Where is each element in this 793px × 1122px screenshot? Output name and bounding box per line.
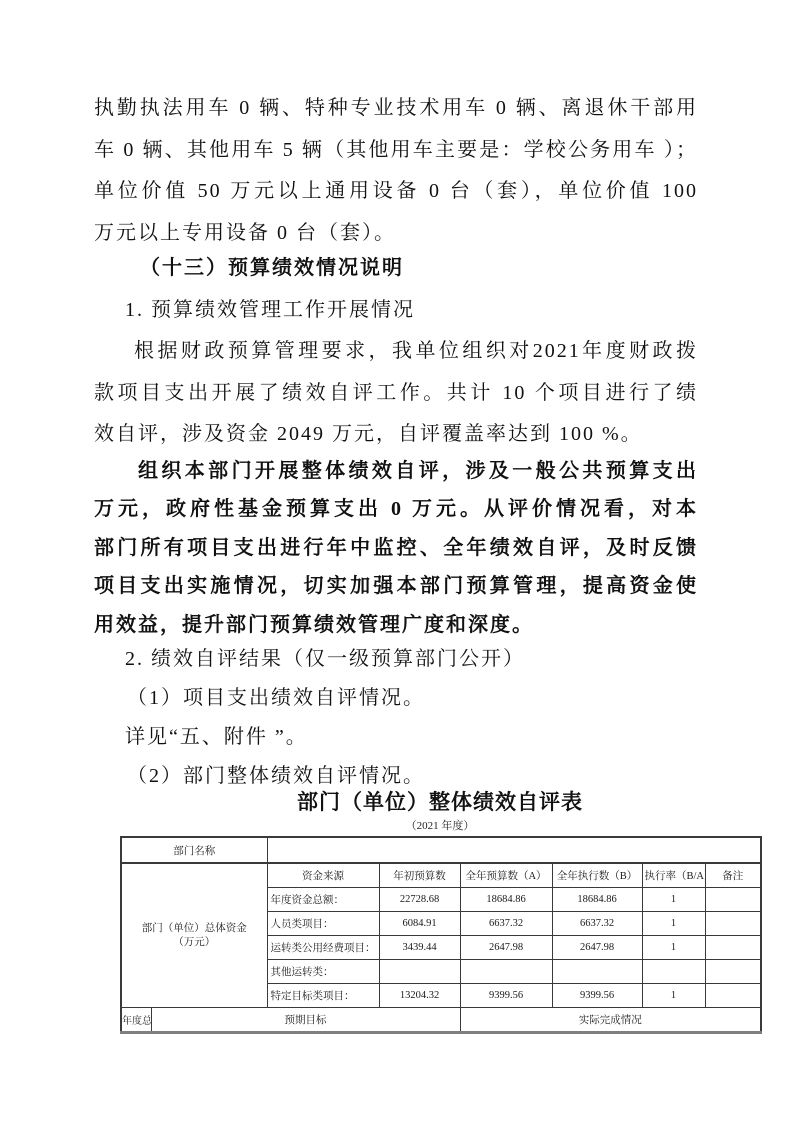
initial-budget-cell: 13204.32 <box>379 984 460 1008</box>
text-line: 组织本部门开展整体绩效自评，涉及一般公共预算支出 <box>94 452 698 490</box>
total-funds-unit-line: （万元） <box>124 936 265 950</box>
note-cell <box>705 888 761 912</box>
annual-executed-cell: 18684.86 <box>552 888 642 912</box>
annual-executed-cell <box>552 960 642 984</box>
table-footer-row: 年度总 预期目标 实际完成情况 <box>121 1008 761 1033</box>
note-cell <box>705 984 761 1008</box>
actual-completion-cell: 实际完成情况 <box>460 1008 761 1033</box>
execution-rate-cell: 1 <box>642 984 705 1008</box>
initial-budget-cell: 6084.91 <box>379 912 460 936</box>
initial-budget-cell: 22728.68 <box>379 888 460 912</box>
dept-name-value-cell <box>267 837 761 863</box>
text-line: 用效益，提升部门预算绩效管理广度和深度。 <box>94 606 698 644</box>
annual-budget-cell: 18684.86 <box>460 888 552 912</box>
paragraph-vehicles: 执勤执法用车 0 辆、特种专业技术用车 0 辆、离退休干部用 车 0 辆、其他用… <box>94 88 698 254</box>
row-label-cell: 年度资金总额： <box>267 888 379 912</box>
total-funds-label-line: 部门（单位）总体资金 <box>124 922 265 936</box>
dept-name-label-cell: 部门名称 <box>121 837 267 863</box>
annual-executed-cell: 9399.56 <box>552 984 642 1008</box>
text-line: 万元，政府性基金预算支出 0 万元。从评价情况看，对本 <box>94 490 698 528</box>
row-label-cell: 其他运转类： <box>267 960 379 984</box>
text-line: 项目支出实施情况，切实加强本部门预算管理，提高资金使 <box>94 567 698 605</box>
text-line: 部门所有项目支出进行年中监控、全年绩效自评，及时反馈 <box>94 529 698 567</box>
table-title: 部门（单位）整体绩效自评表 <box>120 790 760 816</box>
text-line: 单位价值 50 万元以上通用设备 0 台（套），单位价值 100 <box>94 171 698 213</box>
header-annual-executed: 全年执行数（B） <box>552 863 642 888</box>
section-heading: （十三）预算绩效情况说明 <box>94 248 698 290</box>
note-cell <box>705 912 761 936</box>
execution-rate-cell <box>642 960 705 984</box>
header-note: 备注 <box>705 863 761 888</box>
note-cell <box>705 960 761 984</box>
table-row: 部门名称 <box>121 837 761 863</box>
annual-total-cell: 年度总 <box>121 1008 151 1033</box>
text-line: 根据财政预算管理要求，我单位组织对2021年度财政拨 <box>94 331 698 373</box>
annual-budget-cell: 6637.32 <box>460 912 552 936</box>
execution-rate-cell: 1 <box>642 936 705 960</box>
annual-budget-cell <box>460 960 552 984</box>
document-page: 执勤执法用车 0 辆、特种专业技术用车 0 辆、离退休干部用 车 0 辆、其他用… <box>0 0 793 1122</box>
text-line: 车 0 辆、其他用车 5 辆（其他用车主要是：学校公务用车 ）； <box>94 130 698 172</box>
row-label-cell: 特定目标类项目： <box>267 984 379 1008</box>
initial-budget-cell: 3439.44 <box>379 936 460 960</box>
row-label-cell: 人员类项目： <box>267 912 379 936</box>
annual-budget-cell: 2647.98 <box>460 936 552 960</box>
annual-budget-cell: 9399.56 <box>460 984 552 1008</box>
header-execution-rate: 执行率（B/A） <box>642 863 705 888</box>
annual-executed-cell: 2647.98 <box>552 936 642 960</box>
header-fund-source: 资金来源 <box>267 863 379 888</box>
table-subtitle: （2021 年度） <box>120 819 760 833</box>
paragraph-overall-selfeval: 组织本部门开展整体绩效自评，涉及一般公共预算支出 万元，政府性基金预算支出 0 … <box>94 452 698 644</box>
header-initial-budget: 年初预算数 <box>379 863 460 888</box>
text-line: 效自评，涉及资金 2049 万元，自评覆盖率达到 100 %。 <box>94 414 698 456</box>
total-funds-merged-cell: 部门（单位）总体资金 （万元） <box>121 863 267 1008</box>
list-item: （1）项目支出绩效自评情况。 <box>94 679 698 718</box>
subsection-item: 2. 绩效自评结果（仅一级预算部门公开） <box>94 640 698 679</box>
initial-budget-cell <box>379 960 460 984</box>
table-header-row: 部门（单位）总体资金 （万元） 资金来源 年初预算数 全年预算数（A） 全年执行… <box>121 863 761 888</box>
section-selfeval-results: 2. 绩效自评结果（仅一级预算部门公开） （1）项目支出绩效自评情况。 详见“五… <box>94 640 698 796</box>
reference-note: 详见“五、附件 ”。 <box>94 718 698 757</box>
text-line: 执勤执法用车 0 辆、特种专业技术用车 0 辆、离退休干部用 <box>94 88 698 130</box>
subsection-item: 1. 预算绩效管理工作开展情况 <box>94 290 698 332</box>
annual-executed-cell: 6637.32 <box>552 912 642 936</box>
expected-goal-cell: 预期目标 <box>151 1008 460 1033</box>
row-label-cell: 运转类公用经费项目： <box>267 936 379 960</box>
note-cell <box>705 936 761 960</box>
section-performance-explanation: （十三）预算绩效情况说明 1. 预算绩效管理工作开展情况 根据财政预算管理要求，… <box>94 248 698 456</box>
execution-rate-cell: 1 <box>642 888 705 912</box>
execution-rate-cell: 1 <box>642 912 705 936</box>
header-annual-budget: 全年预算数（A） <box>460 863 552 888</box>
text-line: 款项目支出开展了绩效自评工作。共计 10 个项目进行了绩 <box>94 373 698 415</box>
performance-selfeval-table: 部门名称 部门（单位）总体资金 （万元） 资金来源 年初预算数 全年预算数（A）… <box>120 836 762 1034</box>
